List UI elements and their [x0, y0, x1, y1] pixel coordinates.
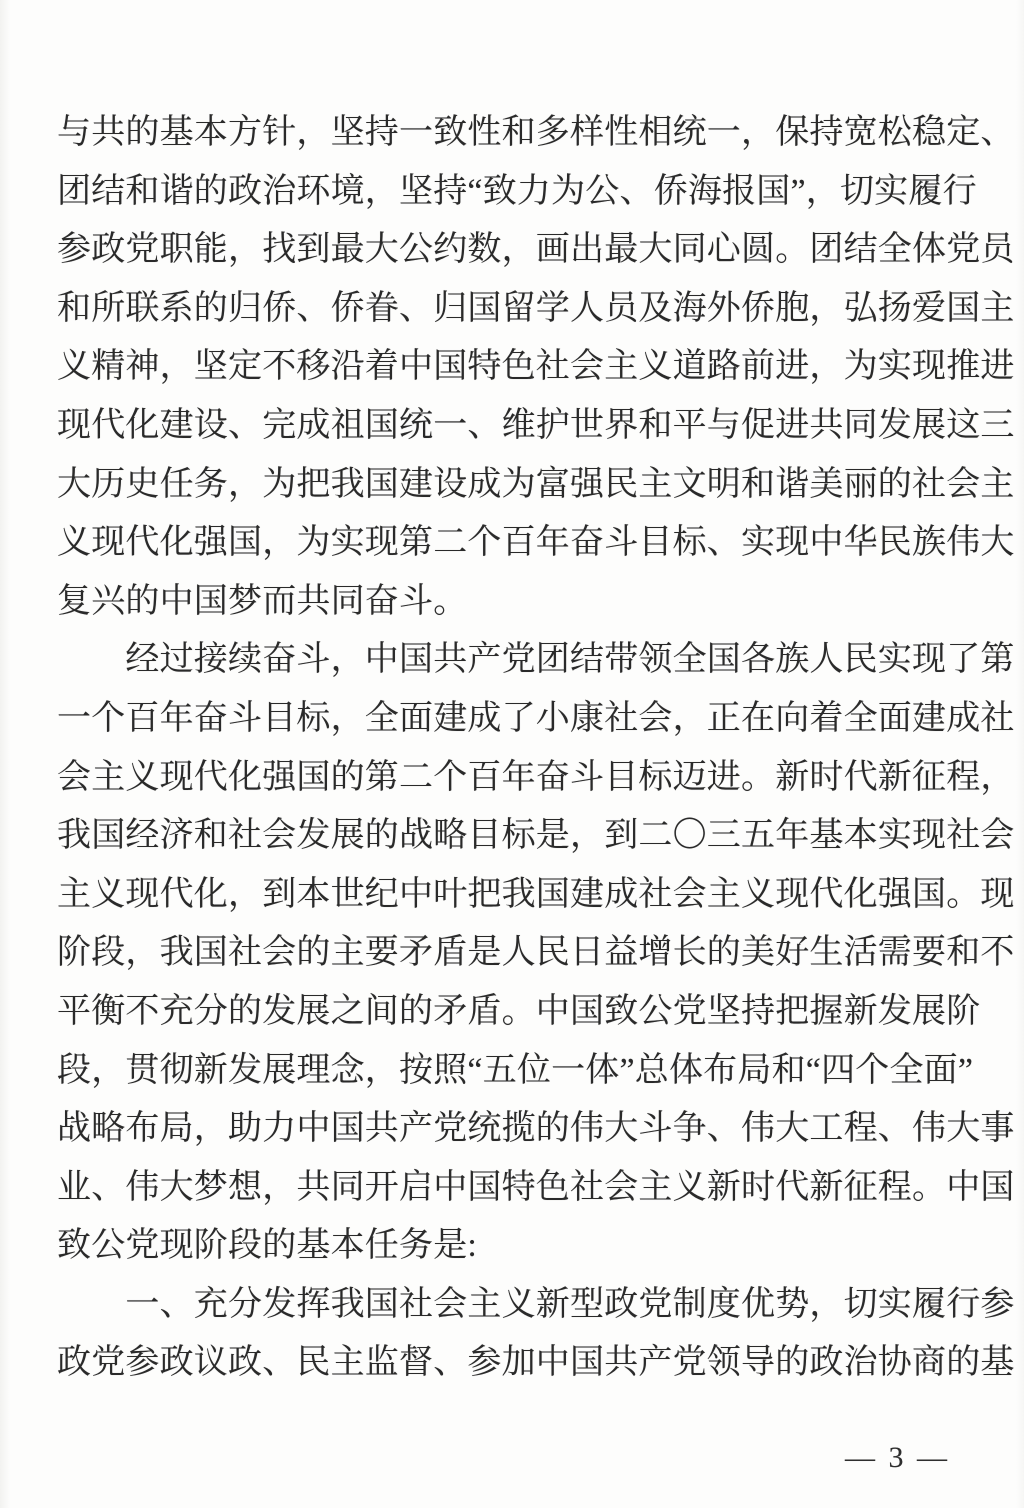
text-line: 主义现代化，到本世纪中叶把我国建成社会主义现代化强国。现: [57, 866, 975, 925]
text-line: 一个百年奋斗目标，全面建成了小康社会，正在向着全面建成社: [57, 690, 975, 749]
text-line: 团结和谐的政治环境，坚持“致力为公、侨海报国”，切实履行: [57, 163, 975, 222]
text-line: 和所联系的归侨、侨眷、归国留学人员及海外侨胞，弘扬爱国主: [57, 280, 975, 339]
text-line: 义精神，坚定不移沿着中国特色社会主义道路前进，为实现推进: [57, 338, 975, 397]
document-page: 与共的基本方针，坚持一致性和多样性相统一，保持宽松稳定、 团结和谐的政治环境，坚…: [0, 0, 1024, 1508]
text-line: 我国经济和社会发展的战略目标是，到二〇三五年基本实现社会: [57, 807, 975, 866]
text-line-paragraph-start: 经过接续奋斗，中国共产党团结带领全国各族人民实现了第: [57, 631, 975, 690]
text-line: 平衡不充分的发展之间的矛盾。中国致公党坚持把握新发展阶: [57, 983, 975, 1042]
text-line-paragraph-end: 复兴的中国梦而共同奋斗。: [57, 573, 975, 632]
text-line: 大历史任务，为把我国建设成为富强民主文明和谐美丽的社会主: [57, 456, 975, 515]
text-line: 会主义现代化强国的第二个百年奋斗目标迈进。新时代新征程，: [57, 749, 975, 808]
text-line: 阶段，我国社会的主要矛盾是人民日益增长的美好生活需要和不: [57, 924, 975, 983]
text-line: 政党参政议政、民主监督、参加中国共产党领导的政治协商的基: [57, 1334, 975, 1393]
text-line: 段，贯彻新发展理念，按照“五位一体”总体布局和“四个全面”: [57, 1042, 975, 1101]
page-number: — 3 —: [845, 1440, 950, 1476]
text-line: 与共的基本方针，坚持一致性和多样性相统一，保持宽松稳定、: [57, 104, 975, 163]
text-block: 与共的基本方针，坚持一致性和多样性相统一，保持宽松稳定、 团结和谐的政治环境，坚…: [57, 104, 975, 1393]
text-line-paragraph-start: 一、充分发挥我国社会主义新型政党制度优势，切实履行参: [57, 1276, 975, 1335]
text-line-paragraph-end: 致公党现阶段的基本任务是:: [57, 1217, 975, 1276]
text-line: 参政党职能，找到最大公约数，画出最大同心圆。团结全体党员: [57, 221, 975, 280]
text-line: 业、伟大梦想，共同开启中国特色社会主义新时代新征程。中国: [57, 1159, 975, 1218]
text-line: 战略布局，助力中国共产党统揽的伟大斗争、伟大工程、伟大事: [57, 1100, 975, 1159]
text-line: 现代化建设、完成祖国统一、维护世界和平与促进共同发展这三: [57, 397, 975, 456]
text-line: 义现代化强国，为实现第二个百年奋斗目标、实现中华民族伟大: [57, 514, 975, 573]
